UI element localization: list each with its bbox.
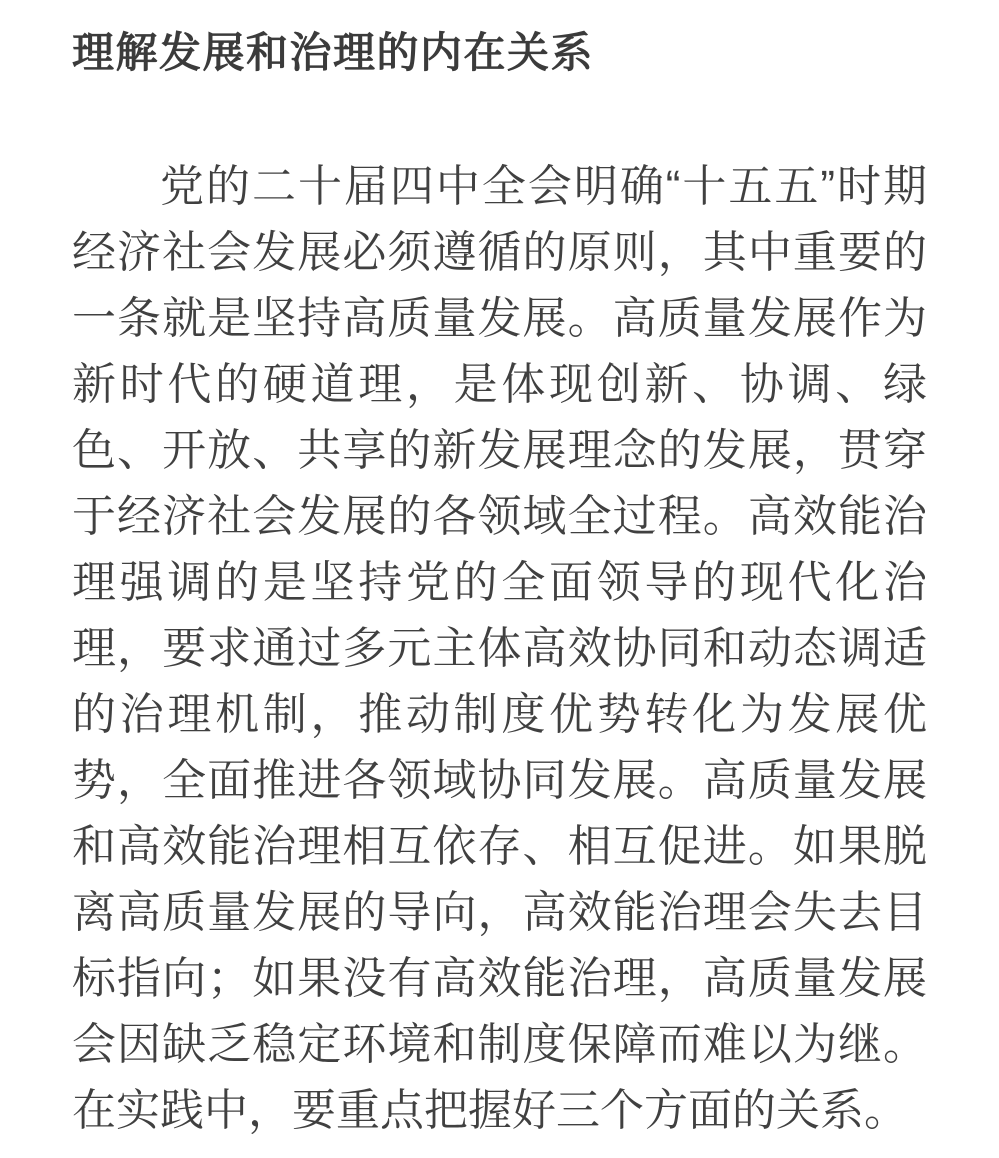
article-title: 理解发展和治理的内在关系 bbox=[72, 28, 927, 78]
article-paragraph: 党的二十届四中全会明确“十五五”时期经济社会发展必须遵循的原则，其中重要的一条就… bbox=[72, 154, 927, 1144]
article-page: 理解发展和治理的内在关系 党的二十届四中全会明确“十五五”时期经济社会发展必须遵… bbox=[0, 0, 999, 1158]
